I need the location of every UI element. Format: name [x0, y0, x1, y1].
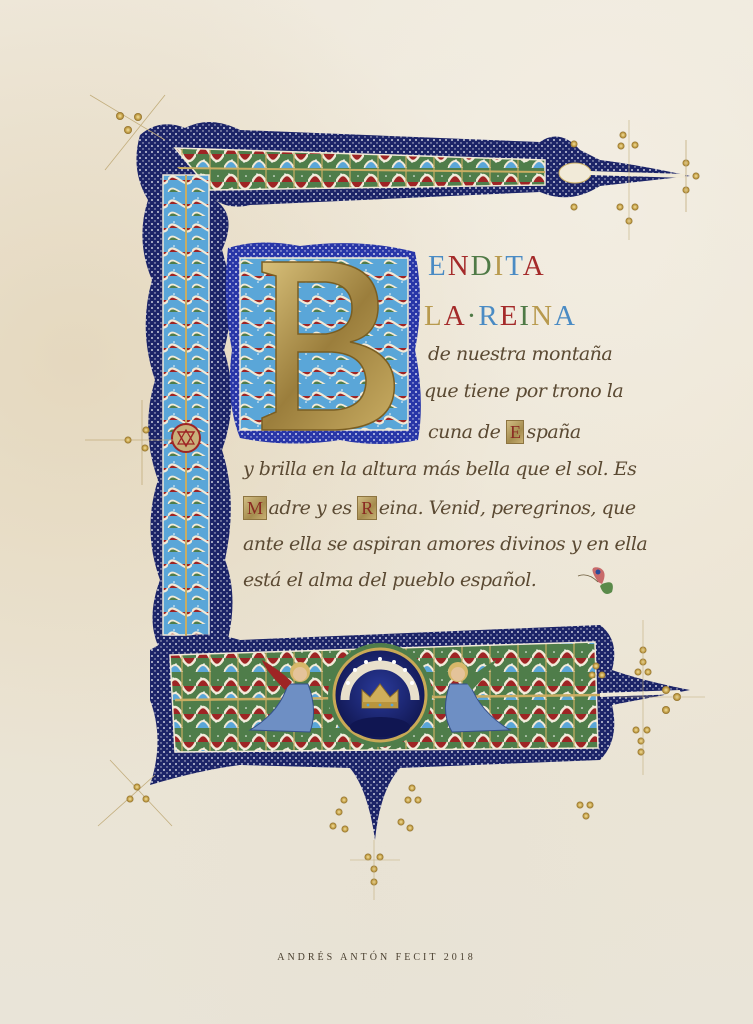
gilded-capital: M — [243, 496, 267, 520]
title-char: A — [523, 250, 546, 282]
title-char: E — [428, 250, 448, 282]
title-line-2: LA·REINA — [424, 300, 577, 333]
initial-letter-block — [226, 242, 421, 444]
left-border — [136, 135, 232, 650]
title-char: N — [448, 250, 471, 282]
title-char: A — [444, 300, 467, 332]
verse-text: eina. Venid, peregrinos, que — [379, 497, 636, 519]
title-char: A — [554, 300, 577, 332]
artist-signature: ANDRÉS ANTÓN FECIT 2018 — [0, 952, 753, 963]
title-char: N — [531, 300, 554, 332]
verse-line-6: ante ella se aspiran amores divinos y en… — [243, 533, 647, 555]
rose-medallion-icon — [172, 424, 200, 452]
title-char: T — [505, 250, 522, 282]
gilded-capital: R — [357, 496, 377, 520]
title-char: E — [500, 300, 520, 332]
verse-line-4: y brilla en la altura más bella que el s… — [243, 458, 636, 480]
title-line-1: ENDITA — [428, 250, 546, 283]
verse-line-7: está el alma del pueblo español. — [243, 569, 536, 591]
verse-line-3: cuna de España — [428, 420, 581, 444]
title-char: I — [519, 300, 531, 332]
top-border — [140, 122, 690, 207]
title-char: I — [494, 250, 506, 282]
verse-line-1: de nuestra montaña — [428, 343, 612, 365]
verse-text: adre y es — [269, 497, 358, 519]
butterfly-icon — [578, 567, 613, 594]
gilded-capital: E — [506, 420, 525, 444]
title-char: · — [467, 300, 479, 332]
title-char: L — [424, 300, 444, 332]
verse-line-5: Madre y es Reina. Venid, peregrinos, que — [243, 496, 636, 520]
title-char: D — [471, 250, 494, 282]
bottom-border — [150, 625, 690, 840]
title-char: R — [478, 300, 499, 332]
verse-text: spaña — [526, 421, 580, 443]
verse-text: cuna de — [428, 421, 506, 443]
verse-line-2: que tiene por trono la — [424, 380, 623, 402]
crown-medallion — [328, 643, 432, 747]
